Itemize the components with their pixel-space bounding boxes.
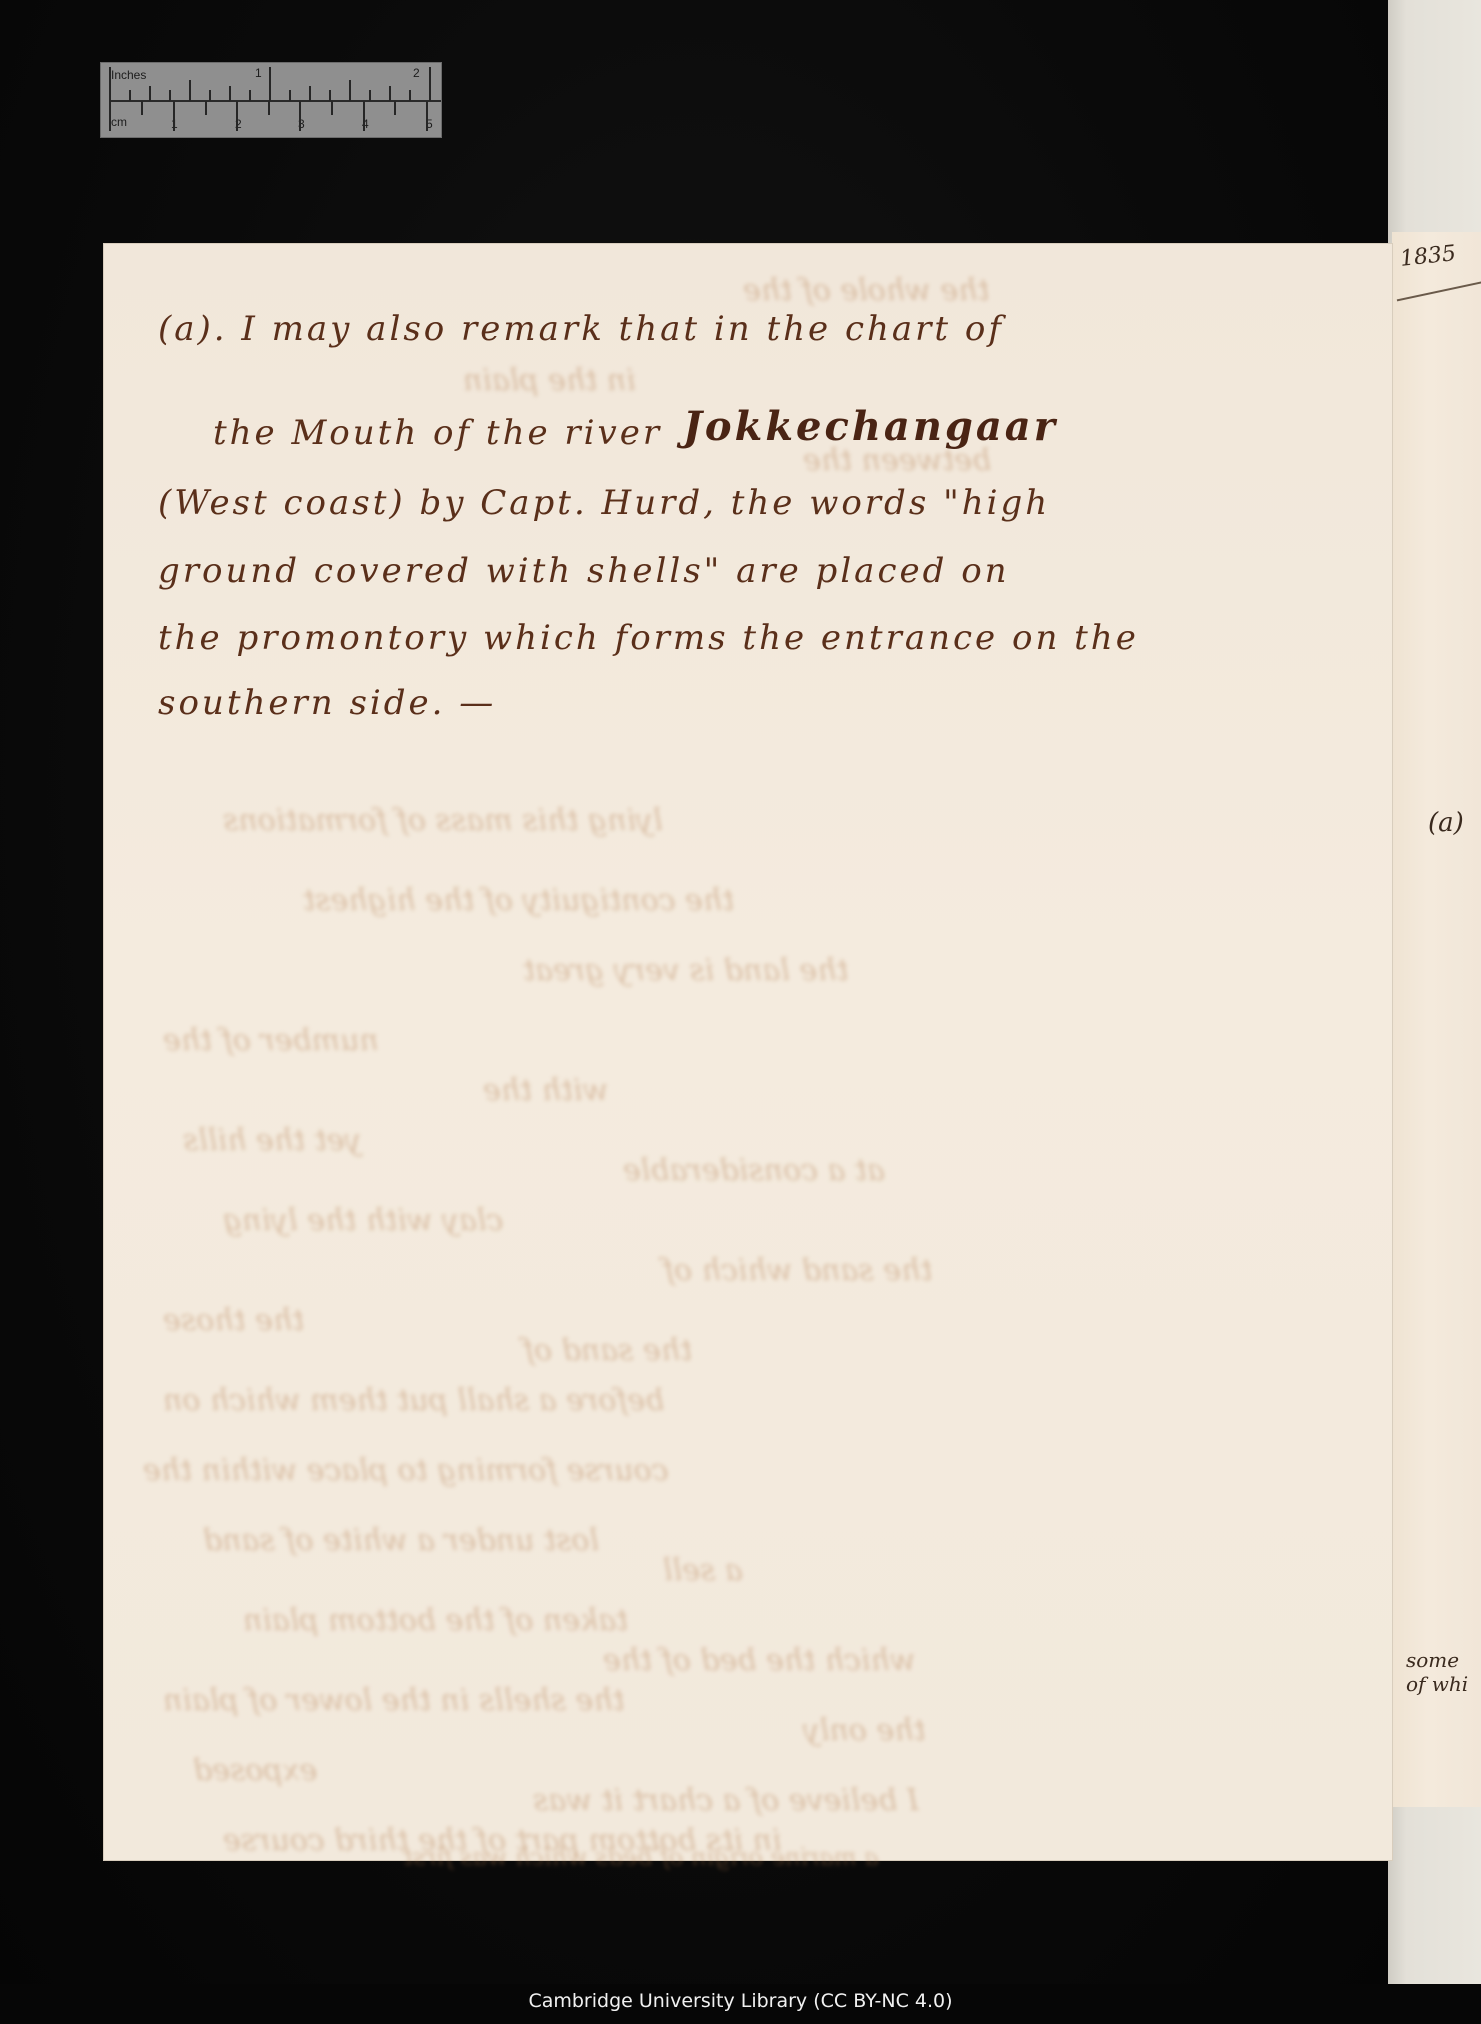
adjacent-page-fragment: some of whi (1406, 1648, 1481, 1696)
show-through-text: lying this mass of formations (223, 803, 663, 838)
ruler-tick (409, 90, 411, 101)
show-through-text: yet the hills (183, 1123, 361, 1158)
ruler-inch-mark: 2 (413, 66, 420, 80)
ruler-tick (173, 101, 175, 131)
show-through-text: exposed (193, 1753, 317, 1788)
ruler-tick (331, 101, 333, 115)
show-through-text: with the (483, 1073, 608, 1108)
adjacent-page: 1835 (a) some of whi (1388, 0, 1481, 1984)
show-through-text: I believe of a chart it was (533, 1783, 919, 1818)
ruler-tick (299, 101, 301, 131)
show-through-text: lost under a white of sand (203, 1523, 599, 1558)
ruler-tick (109, 67, 111, 131)
scale-ruler: Inches cm 1 2 1 2 3 4 5 (100, 62, 442, 138)
adjacent-page-marker: (a) (1428, 808, 1464, 838)
show-through-text: the shells in the lower of plain (163, 1683, 625, 1718)
ruler-tick (229, 86, 231, 101)
ruler-tick (129, 90, 131, 101)
ruler-center-line (109, 100, 441, 102)
show-through-text: the whole of the (743, 273, 989, 308)
ruler-tick (369, 90, 371, 101)
manuscript-line-2: the Mouth of the river (213, 413, 662, 453)
show-through-text: a marine origin of beds which was first (403, 1843, 878, 1871)
manuscript-river-name: Jokkechangaar (683, 403, 1058, 450)
show-through-text: a sell (663, 1553, 743, 1588)
ruler-tick (309, 86, 311, 101)
ruler-tick (205, 101, 207, 115)
ruler-tick (236, 101, 238, 131)
show-through-text: at a considerable (623, 1153, 885, 1188)
adjacent-page-folio (1392, 232, 1481, 1807)
show-through-text: the land is very great (523, 953, 849, 988)
ruler-tick (149, 86, 151, 101)
ruler-tick (389, 86, 391, 101)
show-through-text: before a shall put them which on (163, 1383, 664, 1418)
ruler-tick (394, 101, 396, 115)
ruler-tick (329, 90, 331, 101)
show-through-text: clay with the lying (223, 1203, 503, 1238)
ruler-tick (169, 90, 171, 101)
ruler-cm-label: cm (111, 115, 127, 129)
ruler-tick (349, 80, 351, 101)
ruler-tick (189, 80, 191, 101)
ruler-tick (363, 101, 365, 131)
show-through-text: the sand of (523, 1333, 692, 1368)
ruler-tick (269, 67, 271, 101)
show-through-text: taken of the bottom plain (243, 1603, 628, 1638)
ruler-tick (268, 101, 270, 115)
ruler-tick (209, 90, 211, 101)
show-through-text: the sand which of (663, 1253, 932, 1288)
image-credit: Cambridge University Library (CC BY-NC 4… (0, 1990, 1481, 2012)
show-through-text: the only (803, 1713, 926, 1748)
ruler-tick (429, 67, 431, 101)
manuscript-line-3: (West coast) by Capt. Hurd, the words "h… (158, 483, 1050, 523)
manuscript-line-4: ground covered with shells" are placed o… (158, 551, 1010, 591)
manuscript-page: the whole of the in the plain between th… (103, 243, 1393, 1861)
manuscript-line-6: southern side. — (158, 683, 496, 723)
manuscript-line-5: the promontory which forms the entrance … (158, 618, 1139, 658)
show-through-text: which the bed of the (603, 1643, 915, 1678)
show-through-text: number of the (163, 1023, 379, 1058)
show-through-text: in the plain (463, 363, 636, 398)
ruler-tick (289, 90, 291, 101)
ruler-tick (249, 90, 251, 101)
show-through-text: the contiguity of the highest (303, 883, 734, 918)
ruler-tick (141, 101, 143, 115)
manuscript-line-1: (a). I may also remark that in the chart… (158, 309, 1004, 349)
ruler-inch-mark: 1 (255, 66, 262, 80)
ruler-tick (426, 101, 428, 131)
show-through-text: course forming to place within the (143, 1453, 668, 1488)
show-through-text: the those (163, 1303, 304, 1338)
ruler-inches-label: Inches (111, 68, 146, 82)
